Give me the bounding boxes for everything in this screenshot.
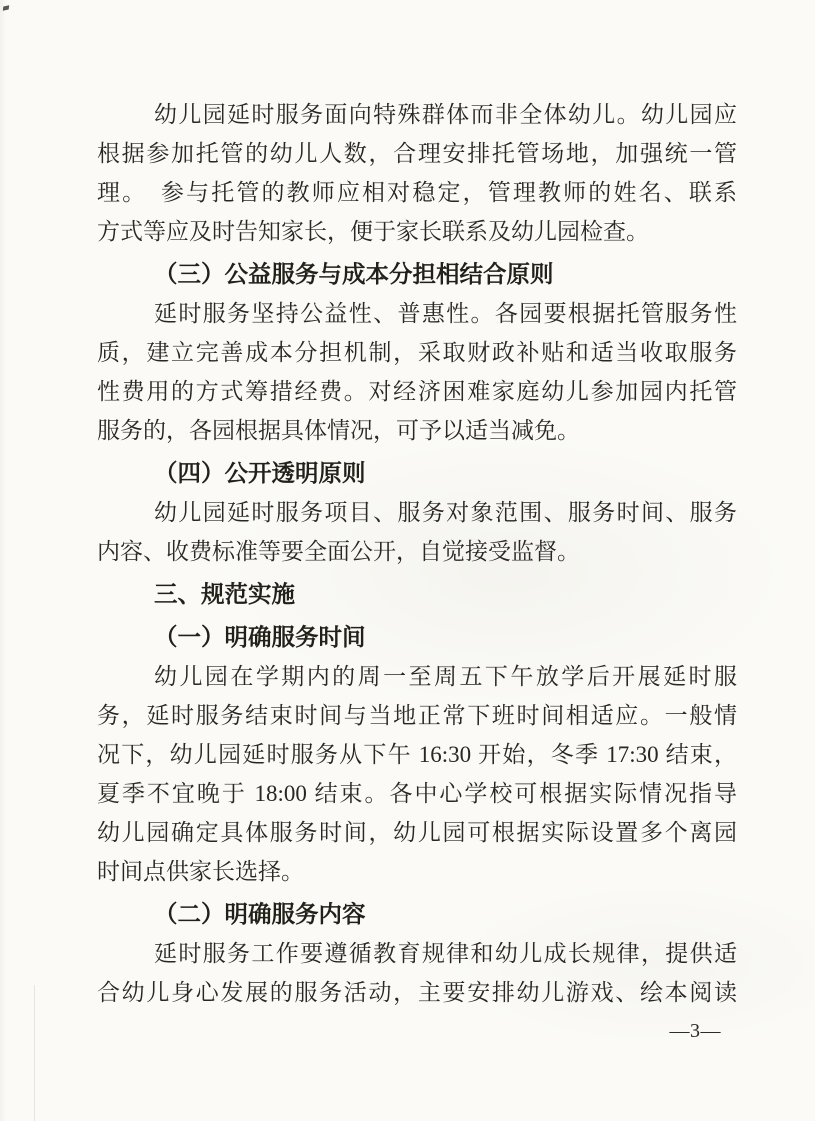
paragraph-line: 性费用的方式筹措经费。对经济困难家庭幼儿参加园内托管 [97, 372, 737, 411]
paragraph-line: 延时服务坚持公益性、普惠性。各园要根据托管服务性 [97, 294, 737, 333]
paragraph-line: 根据参加托管的幼儿人数，合理安排托管场地，加强统一管 [97, 134, 737, 173]
paragraph-line: 幼儿园确定具体服务时间，幼儿园可根据实际设置多个离园 [97, 813, 737, 852]
paragraph-line: 合幼儿身心发展的服务活动，主要安排幼儿游戏、绘本阅读 [97, 973, 737, 1012]
section-heading-impl-2: （二）明确服务内容 [97, 895, 737, 934]
scanned-document-page: 幼儿园延时服务面向特殊群体而非全体幼儿。幼儿园应 根据参加托管的幼儿人数，合理安… [0, 0, 815, 1121]
section-heading-principle-3: （三）公益服务与成本分担相结合原则 [97, 255, 737, 294]
paragraph-line: 理。 参与托管的教师应相对稳定，管理教师的姓名、联系 [97, 173, 737, 212]
paragraph-line: 夏季不宜晚于 18:00 结束。各中心学校可根据实际情况指导 [97, 774, 737, 813]
paragraph-line: 务，延时服务结束时间与当地正常下班时间相适应。一般情 [97, 696, 737, 735]
paragraph-line: 幼儿园延时服务项目、服务对象范围、服务时间、服务 [97, 493, 737, 532]
scan-corner-artifact [3, 5, 9, 10]
paragraph-line: 方式等应及时告知家长，便于家长联系及幼儿园检查。 [97, 212, 737, 251]
scan-edge-line [34, 985, 35, 1121]
paragraph-line: 况下，幼儿园延时服务从下午 16:30 开始，冬季 17:30 结束， [97, 735, 737, 774]
paragraph-line: 服务的，各园根据具体情况，可予以适当减免。 [97, 411, 737, 450]
paragraph-line: 质，建立完善成本分担机制，采取财政补贴和适当收取服务 [97, 333, 737, 372]
paragraph-line: 内容、收费标准等要全面公开，自觉接受监督。 [97, 532, 737, 571]
paragraph-line: 幼儿园在学期内的周一至周五下午放学后开展延时服 [97, 657, 737, 696]
section-heading-principle-4: （四）公开透明原则 [97, 454, 737, 493]
document-body: 幼儿园延时服务面向特殊群体而非全体幼儿。幼儿园应 根据参加托管的幼儿人数，合理安… [97, 95, 737, 1051]
page-number: —3— [97, 1012, 737, 1051]
paragraph-line: 时间点供家长选择。 [97, 852, 737, 891]
paragraph-line: 延时服务工作要遵循教育规律和幼儿成长规律，提供适 [97, 934, 737, 973]
paragraph-line: 幼儿园延时服务面向特殊群体而非全体幼儿。幼儿园应 [97, 95, 737, 134]
section-heading-impl-1: （一）明确服务时间 [97, 618, 737, 657]
chapter-heading-3: 三、规范实施 [97, 575, 737, 614]
